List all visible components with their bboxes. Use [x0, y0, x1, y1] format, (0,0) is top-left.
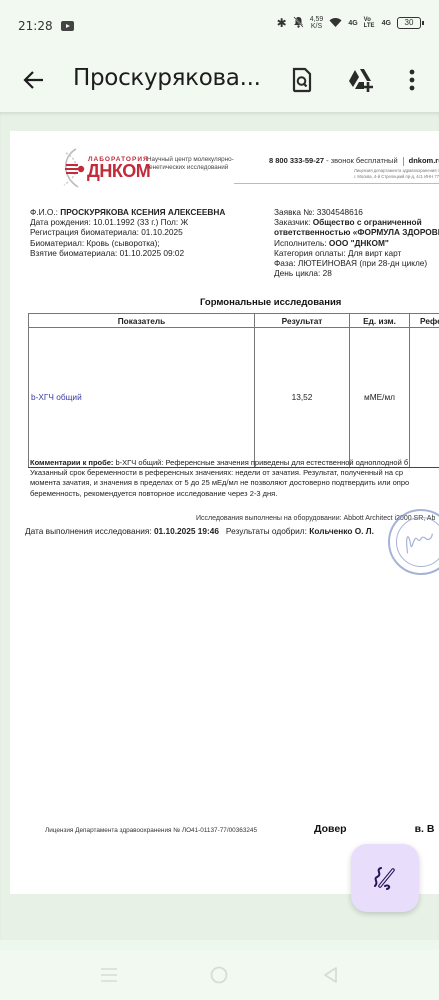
- order-number: 3304548616: [317, 207, 363, 217]
- section-title: Гормональные исследования: [200, 297, 341, 308]
- website: dnkom.ru: [409, 156, 439, 165]
- save-to-drive-button[interactable]: [344, 63, 378, 97]
- wifi-icon: [329, 17, 342, 30]
- registration-date: Регистрация биоматериала: 01.10.2025: [30, 227, 225, 237]
- table-header-row: Показатель Результат Ед. изм. Рефе: [29, 314, 439, 328]
- header-divider: [234, 183, 439, 184]
- youtube-notification-icon: [61, 21, 74, 31]
- indicator-cell: b-ХГЧ общий: [29, 328, 255, 468]
- column-header: Результат: [255, 314, 350, 328]
- column-header: Ед. изм.: [350, 314, 410, 328]
- recents-button[interactable]: [96, 962, 122, 988]
- sample-comments: Комментарии к пробе: b-ХГЧ общий: Рефере…: [30, 458, 439, 499]
- cycle-phase: Фаза: ЛЮТЕИНОВАЯ (при 28-дн цикле): [274, 258, 439, 268]
- status-icons: ✱ 4,59 K/S 4G Vo LTE 4G 30: [277, 16, 421, 30]
- volte-indicator: Vo LTE: [364, 17, 376, 29]
- completion-date: 01.10.2025 19:46: [154, 526, 219, 536]
- more-vert-icon: [409, 69, 415, 91]
- footer-trust: Доверв. В: [314, 823, 434, 835]
- document-page: ЛАБОРАТОРИЯ ДНКОМ Научный центр молекуля…: [10, 131, 439, 894]
- drive-add-icon: [347, 68, 375, 92]
- bell-muted-icon: [293, 16, 304, 30]
- sign-document-button[interactable]: [351, 844, 419, 912]
- phone-note: - звонок бесплатный: [324, 156, 398, 165]
- column-header: Рефе: [410, 314, 439, 328]
- document-viewer[interactable]: ЛАБОРАТОРИЯ ДНКОМ Научный центр молекуля…: [0, 112, 439, 940]
- order-info: Заявка №: 3304548616 Заказчик: Общество …: [274, 207, 439, 278]
- footer-license: Лицензия Департамента здравоохранения № …: [45, 827, 257, 834]
- header-license: Лицензия департамента здравоохранения г.…: [354, 168, 439, 180]
- payment-category: Категория оплаты: Для вирт карт: [274, 248, 439, 258]
- document-search-icon: [291, 67, 313, 93]
- divider: [403, 157, 404, 166]
- signal-4g-2: 4G: [382, 20, 391, 27]
- arrow-left-icon: [23, 70, 45, 90]
- biomaterial: Биоматериал: Кровь (сыворотка);: [30, 238, 225, 248]
- lab-name: ДНКОМ: [87, 161, 150, 182]
- completion-info: Дата выполнения исследования: 01.10.2025…: [25, 526, 374, 536]
- battery-icon: 30: [397, 17, 421, 29]
- approved-by: Кольченко О. Л.: [309, 526, 374, 536]
- bluetooth-icon: ✱: [277, 17, 287, 29]
- home-button[interactable]: [206, 962, 232, 988]
- system-nav-bar: [0, 950, 439, 1000]
- cycle-day: День цикла: 28: [274, 268, 439, 278]
- birth-date: Дата рождения: 10.01.1992 (33 г.) Пол: Ж: [30, 217, 225, 227]
- document-title: Проскурякова...: [73, 65, 261, 91]
- executor: ООО "ДНКОМ": [329, 238, 389, 248]
- patient-info: Ф.И.О.: ПРОСКУРЯКОВА КСЕНИЯ АЛЕКСЕЕВНА Д…: [30, 207, 225, 258]
- collection-date: Взятие биоматериала: 01.10.2025 09:02: [30, 248, 225, 258]
- nav-back-button[interactable]: [317, 962, 343, 988]
- signal-4g-1: 4G: [348, 20, 357, 27]
- column-header: Показатель: [29, 314, 255, 328]
- reference-cell: Небе Б Б Бе Бер Бер.: Бер Бер Бер Бер Бе…: [410, 328, 439, 468]
- table-row: b-ХГЧ общий 13,52 мМЕ/мл Небе Б Б Бе Бер…: [29, 328, 439, 468]
- unit-cell: мМЕ/мл: [350, 328, 410, 468]
- app-bar: Проскурякова...: [0, 50, 439, 112]
- menu-lines-icon: [100, 967, 118, 983]
- results-table: Показатель Результат Ед. изм. Рефе b-ХГЧ…: [28, 313, 439, 468]
- status-bar: 21:28 ✱ 4,59 K/S 4G Vo LTE 4G 30: [0, 0, 439, 50]
- find-in-document-button[interactable]: [285, 63, 319, 97]
- phone-number: 8 800 333-59-27: [269, 156, 324, 165]
- customer: Общество с ограниченной: [313, 217, 422, 227]
- clock: 21:28: [18, 19, 53, 33]
- more-options-button[interactable]: [395, 63, 429, 97]
- back-button[interactable]: [18, 64, 50, 96]
- doctor-stamp: [388, 509, 439, 575]
- draw-signature-icon: [371, 864, 399, 892]
- network-speed: 4,59 K/S: [310, 16, 324, 30]
- home-circle-icon: [210, 966, 228, 984]
- header-contacts: 8 800 333-59-27 - звонок бесплатныйdnkom…: [269, 156, 439, 166]
- result-cell: 13,52: [255, 328, 350, 468]
- lab-subtitle: Научный центр молекулярно-генетических и…: [147, 156, 237, 171]
- back-triangle-icon: [322, 966, 338, 984]
- patient-name: ПРОСКУРЯКОВА КСЕНИЯ АЛЕКСЕЕВНА: [60, 207, 225, 217]
